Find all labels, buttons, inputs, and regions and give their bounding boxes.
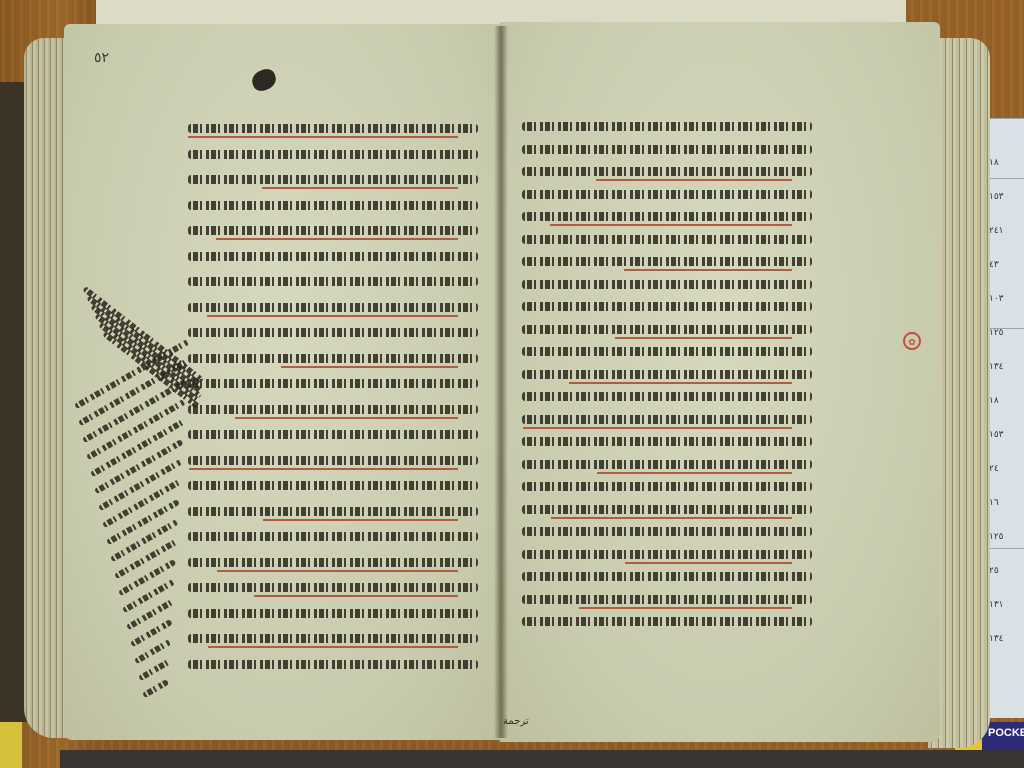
rubric-underline	[235, 417, 458, 419]
rubric-underline	[281, 366, 458, 368]
text-line	[188, 456, 478, 465]
text-line	[188, 532, 478, 541]
text-line	[522, 370, 812, 379]
text-line	[522, 392, 812, 401]
rubric-underline	[189, 468, 458, 470]
text-line	[522, 415, 812, 424]
rubric-underline	[551, 517, 792, 519]
left-page: ٥٢	[64, 24, 500, 740]
text-line	[188, 660, 478, 669]
text-line	[522, 505, 812, 514]
right-page	[500, 22, 940, 742]
index-entry: ٤٣	[989, 260, 999, 270]
text-line	[188, 303, 478, 312]
text-line	[188, 634, 478, 643]
text-line	[188, 150, 478, 159]
index-entry: ٢٥	[989, 566, 999, 576]
index-entry: ٢٤١	[989, 226, 1004, 236]
index-entry: ١٢٥	[989, 532, 1004, 542]
folio-number: ٥٢	[94, 50, 109, 66]
text-line	[188, 252, 478, 261]
text-line	[188, 226, 478, 235]
index-entry: ١٠٣	[989, 294, 1004, 304]
text-line	[522, 257, 812, 266]
index-entry: ١٨	[989, 158, 999, 168]
rubric-underline	[207, 315, 458, 317]
text-line	[188, 609, 478, 618]
text-line	[522, 235, 812, 244]
rubric-underline	[523, 427, 792, 429]
index-entry: ١٣٤	[989, 362, 1004, 372]
index-entry: ١٨	[989, 396, 999, 406]
text-line	[522, 527, 812, 536]
rubric-underline	[217, 570, 458, 572]
text-line	[188, 175, 478, 184]
rubric-underline	[615, 337, 792, 339]
rubric-underline	[624, 269, 792, 271]
desk-edge	[60, 750, 1024, 768]
text-line	[522, 347, 812, 356]
text-line	[522, 550, 812, 559]
text-line	[522, 190, 812, 199]
rubric-underline	[208, 646, 458, 648]
text-line	[522, 482, 812, 491]
index-entry: ١٦	[989, 498, 999, 508]
index-entry: ١٥٣	[989, 430, 1004, 440]
catchword: ترجمة	[503, 716, 529, 727]
rubric-underline	[262, 187, 458, 189]
index-entry: ١٢٥	[989, 328, 1004, 338]
text-line	[522, 280, 812, 289]
index-entry: ١٣١	[989, 600, 1004, 610]
rubric-underline	[254, 595, 458, 597]
yellow-object	[0, 722, 22, 768]
text-line	[188, 583, 478, 592]
text-line	[188, 354, 478, 363]
text-line	[522, 302, 812, 311]
index-entry: ١٥٣	[989, 192, 1004, 202]
text-line	[188, 507, 478, 516]
text-line	[188, 201, 478, 210]
rubric-underline	[579, 607, 792, 609]
index-entry: ٢٤	[989, 464, 999, 474]
rubric-underline	[597, 472, 792, 474]
text-line	[188, 379, 478, 388]
text-line	[188, 277, 478, 286]
text-line	[522, 617, 812, 626]
rubric-underline	[216, 238, 458, 240]
text-line	[522, 595, 812, 604]
text-line	[522, 460, 812, 469]
text-line	[188, 558, 478, 567]
rubric-underline	[550, 224, 792, 226]
text-line	[522, 212, 812, 221]
text-line	[188, 430, 478, 439]
rubric-underline	[625, 562, 792, 564]
text-line	[188, 405, 478, 414]
library-stamp-icon: ✿	[903, 332, 921, 350]
text-line	[188, 328, 478, 337]
text-line	[188, 124, 478, 133]
rubric-underline	[596, 179, 792, 181]
index-entry: ١٣٤	[989, 634, 1004, 644]
text-line	[522, 145, 812, 154]
text-line	[522, 122, 812, 131]
rubric-underline	[188, 136, 458, 138]
text-line	[522, 167, 812, 176]
rubric-underline	[263, 519, 458, 521]
text-line	[522, 572, 812, 581]
text-line	[522, 325, 812, 334]
book-gutter	[494, 26, 508, 738]
text-line	[522, 437, 812, 446]
text-line	[188, 481, 478, 490]
rubric-underline	[569, 382, 792, 384]
